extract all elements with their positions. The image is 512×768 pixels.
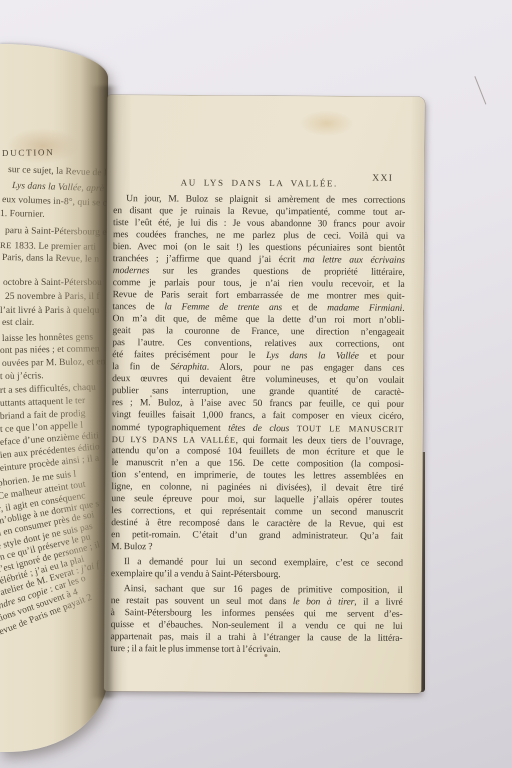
paragraph: Un jour, M. Buloz se plaignit si amèreme… [111, 193, 405, 555]
text-segment: On m’a dit que, de même que la dette d’u… [112, 313, 404, 326]
text-segment: DU LYS DANS LA VALLÉE [112, 434, 236, 445]
text-segment: quisse et d’ébauches. Non-seulement il a… [111, 619, 403, 632]
text-segment: Séraphita [170, 361, 206, 372]
text-segment: la Femme de trente ans [164, 301, 282, 313]
text-segment: ma lettre aux écrivains [303, 254, 405, 266]
text-segment: ligne, en colonne, ni paginées ni divisé… [111, 481, 403, 494]
text-segment: et pour [359, 351, 404, 362]
foxing-stain [300, 110, 354, 136]
text-segment: Lys dans la Vallée [266, 350, 359, 362]
running-head-row: AU LYS DANS LA VALLÉE. XXI [113, 172, 405, 192]
body-text: Un jour, M. Buloz se plaignit si amèreme… [110, 193, 405, 657]
text-segment: vingt feuilles faisait 1,000 francs, a f… [112, 409, 404, 422]
text-segment: , il a livré [354, 597, 402, 608]
text-segment: deux œuvres qui devaient être volumineus… [112, 373, 404, 386]
text-segment: Ainsi, sachant que sur 16 pages de primi… [124, 583, 403, 596]
body-line: M. Buloz ? [111, 541, 403, 555]
text-segment: comme je parlais pour tous, je n’ai rien… [113, 277, 405, 290]
running-head: AU LYS DANS LA VALLÉE. [181, 177, 338, 188]
text-segment: pas l’autre. Ces conventions, relatives … [112, 337, 404, 350]
text-segment: le bon à tirer [293, 596, 355, 607]
page-number: XXI [372, 174, 393, 184]
body-line: exemplaire qu’il a vendu à Saint-Pétersb… [111, 568, 403, 582]
right-book-page: AU LYS DANS LA VALLÉE. XXI Un jour, M. B… [104, 95, 425, 693]
text-segment: été faites précisément pour le [112, 349, 266, 361]
text-segment: madame Firmiani [327, 302, 402, 313]
text-segment: nommé typographiquement [112, 422, 228, 434]
text-segment: res ; M. Buloz, à l’aise avec 50 francs … [112, 397, 404, 410]
text-segment: . Alors, pour ne pas engager dans ces [207, 362, 404, 374]
text-segment: appartenait pas, mais il a trahi à l’étr… [110, 631, 402, 644]
text-segment: le manuscrit n’en a que 156. De cette co… [112, 457, 404, 470]
text-segment: modernes [113, 265, 150, 276]
photo-background: DUCTIONsur ce sujet, la Revue de lLys da… [0, 0, 512, 768]
text-segment: attendu qu’on a composé 104 feuillets de… [112, 445, 404, 458]
text-segment: sur les grandes questions de propriété l… [149, 265, 405, 278]
text-segment: M. Buloz ? [111, 541, 152, 552]
hairline-scratch [474, 76, 486, 104]
text-segment: ture ; il a fait le plus immense tort à … [110, 643, 280, 655]
text-segment: mes coudées franches, ne me parlez plus … [113, 229, 405, 242]
text-segment: destiné à être recomposé dans le caractè… [111, 517, 403, 530]
text-segment: Un jour, M. Buloz se plaignit si amèreme… [126, 193, 405, 206]
left-book-page: DUCTIONsur ce sujet, la Revue de lLys da… [0, 44, 108, 752]
text-segment [289, 423, 297, 434]
body-line: ture ; il a fait le plus immense tort à … [110, 643, 402, 657]
text-segment: tiste l’eût été, je lui dis : Je vous ab… [113, 217, 405, 230]
text-segment: bien. Avec moi (on le sait !) les questi… [113, 241, 405, 254]
text-segment: TOUT LE MANUSCRIT [297, 423, 404, 434]
paragraph: Ainsi, sachant que sur 16 pages de primi… [110, 583, 402, 657]
text-segment: tranchées ; j’affirme que quand j’ai écr… [113, 253, 303, 265]
text-segment: tion s’entend, en imprimerie, de toutes … [111, 469, 403, 482]
text-segment: à Saint-Pétersbourg les informes pensées… [111, 607, 403, 620]
text-segment: en disant que je ruinais la Revue, qu’im… [113, 205, 405, 218]
text-segment: tances de [112, 301, 164, 312]
text-segment: Revue de Paris serait fort embarrassée d… [113, 289, 405, 302]
body-line: en petit-romain. C’était d’un grand admi… [111, 529, 403, 543]
text-segment: la fin de [112, 361, 170, 372]
text-segment: geait pas la couronne de France, une dir… [112, 325, 404, 338]
text-segment: têtes de clous [228, 423, 289, 434]
text-segment: et de [282, 302, 327, 313]
text-segment: ne restait pas souvent un seul mot dans [111, 595, 293, 607]
text-segment: en petit-romain. C’était d’un grand admi… [111, 529, 403, 542]
text-segment: publier sans interruption, une grande qu… [112, 385, 404, 398]
text-segment: une seule épreuve pour moi, sur laquelle… [111, 493, 403, 506]
paragraph: Il a demandé pour lui un second exemplai… [111, 556, 403, 582]
text-segment: exemplaire qu’il a vendu à Saint-Pétersb… [111, 568, 281, 580]
text-segment: . [402, 303, 404, 314]
text-segment: les corrections, et qui représentait com… [111, 505, 403, 518]
text-segment: Il a demandé pour lui un second exemplai… [124, 556, 403, 569]
gutter-fade-shade [0, 44, 108, 752]
